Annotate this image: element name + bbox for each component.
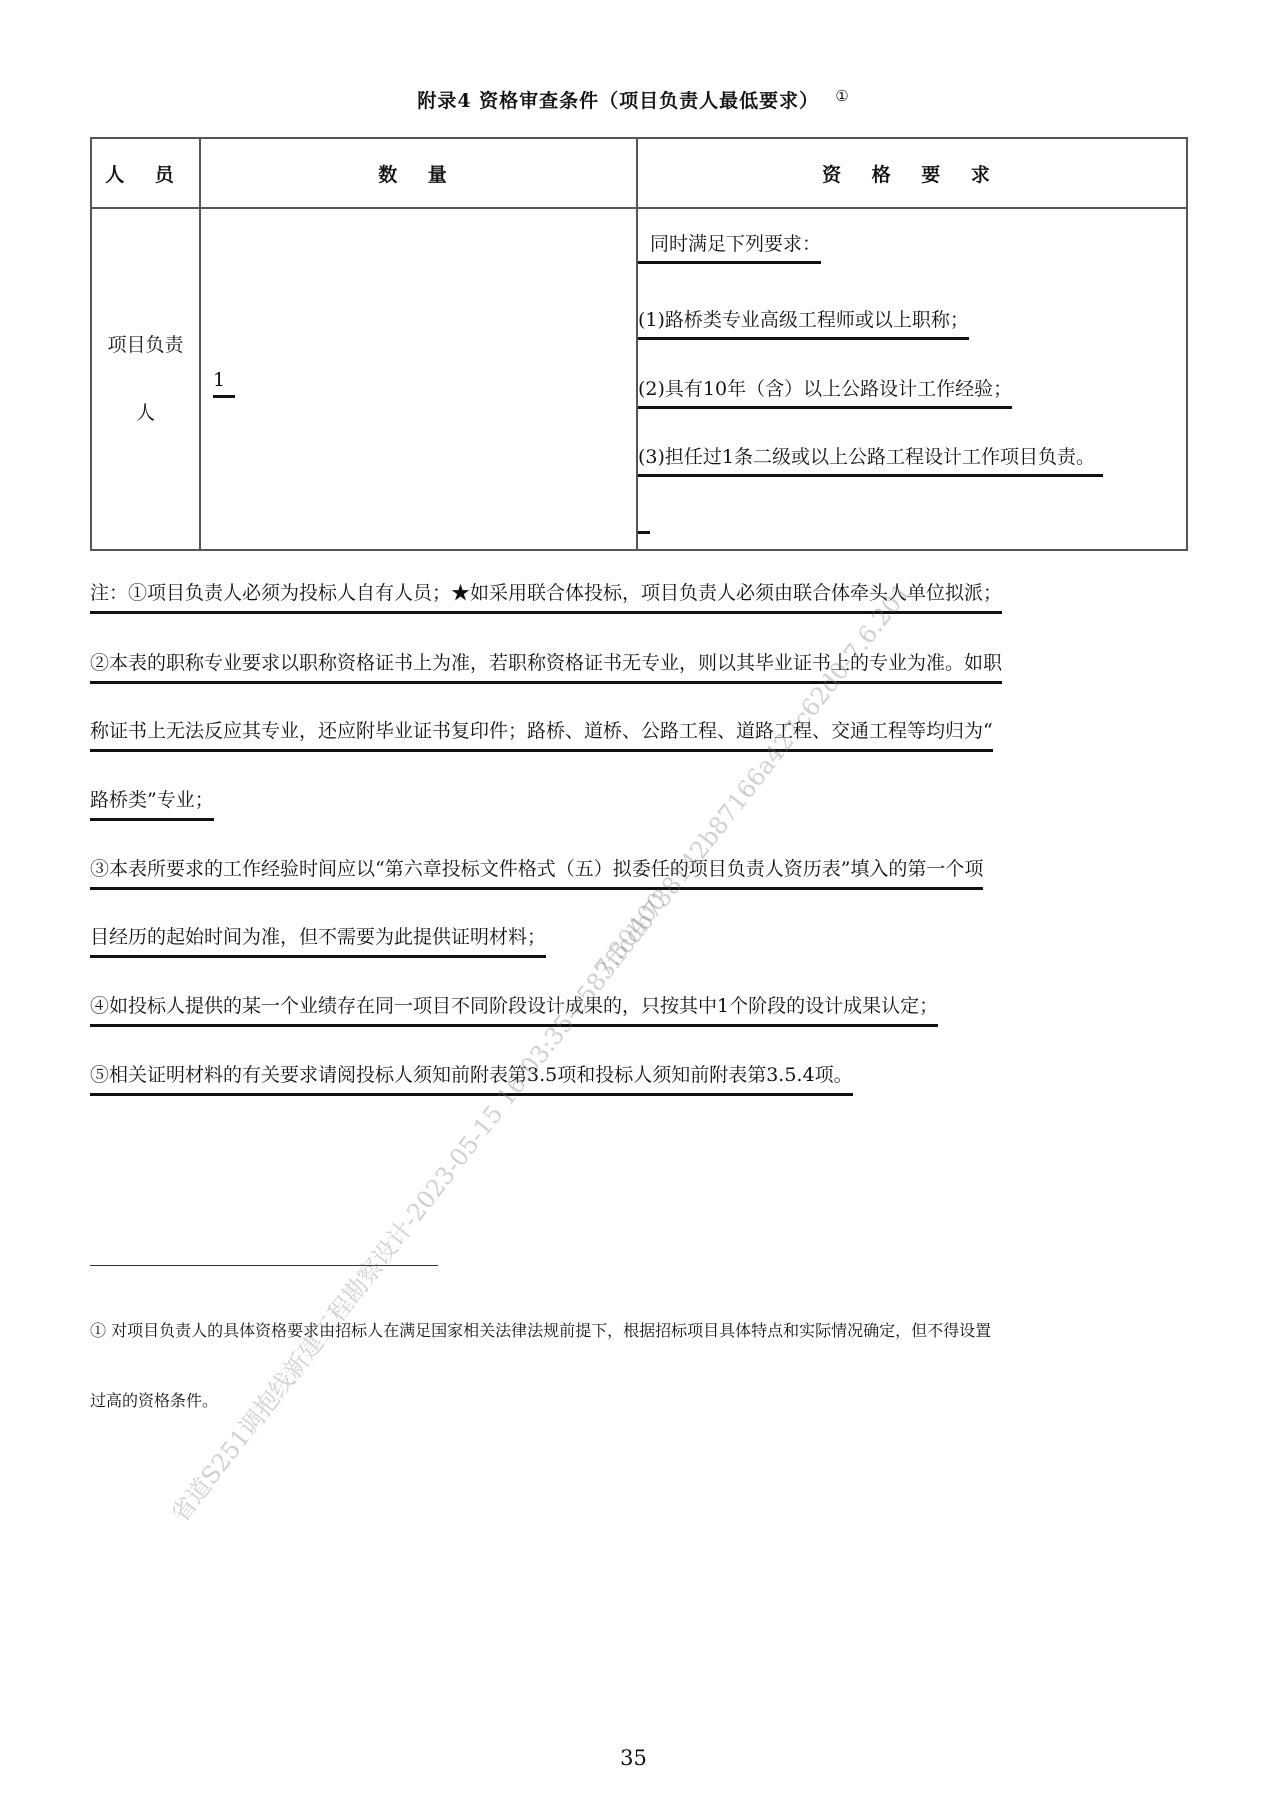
person-cell: 项目负责 人 [91,208,200,550]
requirements-cell: 同时满足下列要求： (1)路桥类专业高级工程师或以上职称； (2)具有10年（含… [637,208,1187,550]
title-text: 附录4 资格审查条件（项目负责人最低要求） [417,90,819,112]
note-line-5: ③本表所要求的工作经验时间应以“第六章投标文件格式（五）拟委任的项目负责人资历表… [90,854,983,890]
requirement-intro: 同时满足下列要求： [638,229,821,264]
header-quantity: 数 量 [200,138,637,208]
page-title: 附录4 资格审查条件（项目负责人最低要求）① [0,86,1267,113]
qualification-table: 人 员 数 量 资 格 要 求 项目负责 人 1 同时满足下列要求： (1)路桥… [90,137,1188,551]
quantity-cell: 1 [200,208,637,550]
footnote-line-2: 过高的资格条件。 [90,1388,218,1411]
page-number: 35 [0,1746,1267,1770]
footnote-line-1: ① 对项目负责人的具体资格要求由招标人在满足国家相关法律法规前提下，根据招标项目… [90,1318,991,1341]
quantity-value: 1 [213,369,235,398]
table-header-row: 人 员 数 量 资 格 要 求 [91,138,1187,208]
person-label-line2: 人 [92,379,199,447]
note-line-2: ②本表的职称专业要求以职称资格证书上为准，若职称资格证书无专业，则以其毕业证书上… [90,648,1002,684]
requirement-item-1: (1)路桥类专业高级工程师或以上职称； [638,305,969,340]
note-line-3: 称证书上无法反应其专业，还应附毕业证书复印件；路桥、道桥、公路工程、道路工程、交… [90,716,993,752]
underline-mark [638,531,650,534]
note-line-6: 目经历的起始时间为准，但不需要为此提供证明材料； [90,922,546,958]
note-line-8: ⑤相关证明材料的有关要求请阅投标人须知前附表第3.5项和投标人须知前附表第3.5… [90,1060,853,1096]
requirement-item-2: (2)具有10年（含）以上公路设计工作经验； [638,374,1012,409]
footnote-separator [90,1265,438,1266]
table-row: 项目负责 人 1 同时满足下列要求： (1)路桥类专业高级工程师或以上职称； (… [91,208,1187,550]
watermark-text-secondary: 7.30400 [589,887,672,982]
footnote-reference: ① [835,87,849,105]
person-label-line1: 项目负责 [92,311,199,379]
header-personnel: 人 员 [91,138,200,208]
header-requirements: 资 格 要 求 [637,138,1187,208]
note-line-1: 注：①项目负责人必须为投标人自有人员；★如采用联合体投标，项目负责人必须由联合体… [90,578,1002,614]
note-line-4: 路桥类”专业； [90,785,214,821]
note-line-7: ④如投标人提供的某一个业绩存在同一项目不同阶段设计成果的，只按其中1个阶段的设计… [90,991,938,1027]
requirement-item-3: (3)担任过1条二级或以上公路工程设计工作项目负责。 [638,442,1103,477]
